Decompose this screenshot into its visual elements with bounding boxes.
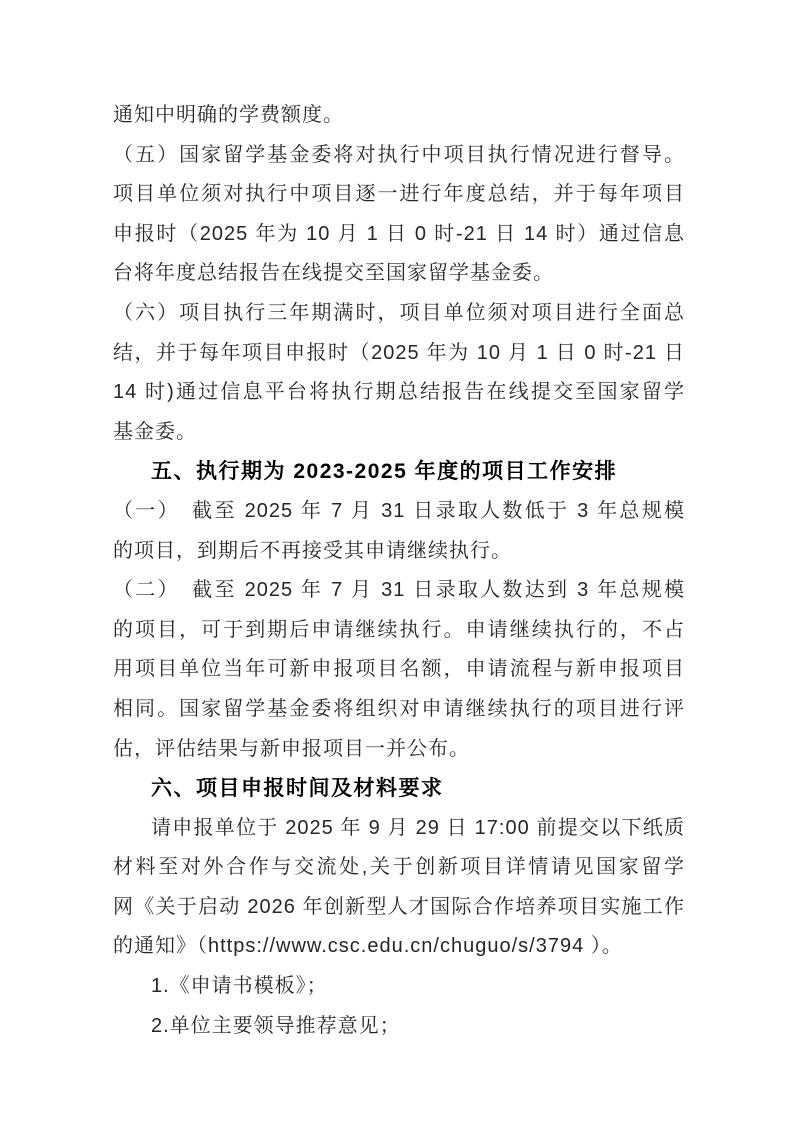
text-line: 项目单位须对执行中项目逐一进行年度总结，并于每年项目 [113, 175, 685, 215]
text-line: 基金委。 [113, 413, 685, 453]
text-line: 结，并于每年项目申报时（2025 年为 10 月 1 日 0 时-21 日 [113, 334, 685, 374]
section-heading: 六、项目申报时间及材料要求 [113, 769, 685, 809]
text-line: 的项目，到期后不再接受其申请继续执行。 [113, 532, 685, 572]
text-line: 的项目，可于到期后申请继续执行。申请继续执行的，不占 [113, 611, 685, 651]
text-line: 的通知》（https://www.csc.edu.cn/chuguo/s/379… [113, 927, 685, 967]
text-line: 相同。国家留学基金委将组织对申请继续执行的项目进行评 [113, 690, 685, 730]
text-line: 通知中明确的学费额度。 [113, 96, 685, 136]
text-line: （六）项目执行三年期满时，项目单位须对项目进行全面总 [113, 294, 685, 334]
text-line: 用项目单位当年可新申报项目名额，申请流程与新申报项目 [113, 650, 685, 690]
document-content: 通知中明确的学费额度。（五）国家留学基金委将对执行中项目执行情况进行督导。项目单… [113, 96, 685, 1046]
section-heading: 五、执行期为 2023-2025 年度的项目工作安排 [113, 452, 685, 492]
text-line: 1.《申请书模板》； [113, 967, 685, 1007]
text-line: （二） 截至 2025 年 7 月 31 日录取人数达到 3 年总规模 50% [113, 571, 685, 611]
text-line: 估，评估结果与新申报项目一并公布。 [113, 730, 685, 770]
text-line: 请申报单位于 2025 年 9 月 29 日 17:00 前提交以下纸质 [113, 809, 685, 849]
text-line: 14 时)通过信息平台将执行期总结报告在线提交至国家留学 [113, 373, 685, 413]
text-line: 申报时（2025 年为 10 月 1 日 0 时-21 日 14 时）通过信息平 [113, 215, 685, 255]
text-line: 2.单位主要领导推荐意见； [113, 1007, 685, 1047]
text-line: （一） 截至 2025 年 7 月 31 日录取人数低于 3 年总规模 50% [113, 492, 685, 532]
text-line: 台将年度总结报告在线提交至国家留学基金委。 [113, 254, 685, 294]
document-page: 通知中明确的学费额度。（五）国家留学基金委将对执行中项目执行情况进行督导。项目单… [0, 0, 793, 1122]
text-line: 网《关于启动 2026 年创新型人才国际合作培养项目实施工作 [113, 888, 685, 928]
text-line: （五）国家留学基金委将对执行中项目执行情况进行督导。 [113, 136, 685, 176]
text-line: 材料至对外合作与交流处,关于创新项目详情请见国家留学 [113, 848, 685, 888]
